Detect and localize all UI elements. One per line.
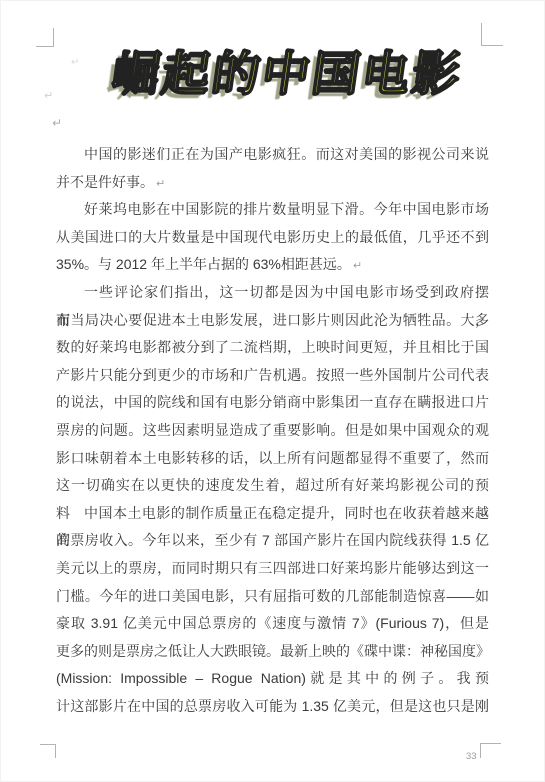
text-line-content: 产影片只能分到更少的市场和广告机遇。按照一些外国制片公司代表 [56, 367, 489, 383]
text-line[interactable]: 的票房收入。今年以来，至少有 7 部国产影片在国内院线获得 1.5 亿 [56, 527, 489, 555]
text-line-content: (Mission: Impossible – Rogue Nation)就是其中… [56, 670, 489, 686]
text-line[interactable]: 一些评论家们指出，这一切都是因为中国电影市场受到政府摆布， [56, 279, 489, 307]
text-line[interactable]: 美元以上的票房，而同时期只有三四部进口好莱坞影片能够达到这一 [56, 555, 489, 583]
text-line-content: 美元以上的票房，而同时期只有三四部进口好莱坞影片能够达到这一 [56, 560, 489, 576]
document-page: 崛起的中国电影 ↵↵↵ 中国的影迷们正在为国产电影疯狂。而这对美国的影视公司来说… [0, 0, 545, 782]
margin-crop-mark-bottom-left-horizontal [40, 744, 56, 745]
text-line[interactable]: (Mission: Impossible – Rogue Nation)就是其中… [56, 665, 489, 693]
margin-crop-mark-bottom-right-vertical [480, 743, 481, 758]
text-line-content: 计这部影片在中国的总票房收入可能为 1.35 亿美元，但是这也只是刚 [56, 698, 489, 714]
text-line-content: 而当局决心要促进本土电影发展，进口影片则因此沦为牺牲品。大多 [56, 312, 489, 328]
text-line[interactable]: 好莱坞电影在中国影院的排片数量明显下滑。今年中国电影市场 [56, 196, 489, 224]
title-wordart[interactable]: 崛起的中国电影 [0, 48, 545, 100]
text-line-content: 票房的问题。这些因素明显造成了重要影响。但是如果中国观众的观 [56, 422, 489, 438]
text-line-content: 的说法，中国的院线和国有电影分销商中影集团一直存在瞒报进口片 [56, 394, 489, 410]
text-line[interactable]: 而当局决心要促进本土电影发展，进口影片则因此沦为牺牲品。大多 [56, 307, 489, 335]
margin-crop-mark-top-left-vertical [53, 28, 54, 47]
text-line[interactable]: 影口味朝着本土电影转移的话，以上所有问题都显得不重要了，然而 [56, 445, 489, 473]
paragraph-return-icon: ↵ [52, 117, 62, 129]
text-line-content: 影口味朝着本土电影转移的话，以上所有问题都显得不重要了，然而 [56, 450, 489, 466]
margin-crop-mark-top-right-horizontal [481, 45, 503, 46]
paragraph-return-icon: ↵ [71, 58, 79, 68]
text-line-content: 并不是件好事。 [56, 174, 154, 190]
text-line-content: 从美国进口的大片数量是中国现代电影历史上的最低值，几乎还不到 [56, 229, 489, 245]
text-line[interactable]: 中国的影迷们正在为国产电影疯狂。而这对美国的影视公司来说 [56, 141, 489, 169]
text-line[interactable]: 数的好莱坞电影都被分到了二流档期，上映时间更短，并且相比于国 [56, 334, 489, 362]
text-line[interactable]: 票房的问题。这些因素明显造成了重要影响。但是如果中国观众的观 [56, 417, 489, 445]
text-line[interactable]: 并不是件好事。↵ [56, 169, 489, 197]
text-line[interactable]: 的说法，中国的院线和国有电影分销商中影集团一直存在瞒报进口片 [56, 389, 489, 417]
text-line-content: 中国的影迷们正在为国产电影疯狂。而这对美国的影视公司来说 [84, 146, 489, 162]
margin-crop-mark-top-left-horizontal [36, 46, 54, 47]
text-line-content: 豪取 3.91 亿美元中国总票房的《速度与激情 7》(Furious 7)，但是 [56, 615, 489, 631]
text-line-content: 的票房收入。今年以来，至少有 7 部国产影片在国内院线获得 1.5 亿 [56, 532, 489, 548]
paragraph-return-icon: ↵ [156, 177, 165, 190]
text-line-content: 门槛。今年的进口美国电影，只有屈指可数的几部能制造惊喜——如 [56, 588, 489, 604]
paragraph-return-icon: ↵ [44, 90, 53, 101]
margin-crop-mark-top-right-vertical [481, 23, 482, 46]
page-number: 33 [466, 751, 477, 762]
margin-crop-mark-bottom-right-horizontal [480, 743, 501, 744]
text-line[interactable]: 豪取 3.91 亿美元中国总票房的《速度与激情 7》(Furious 7)，但是 [56, 610, 489, 638]
body-text[interactable]: 中国的影迷们正在为国产电影疯狂。而这对美国的影视公司来说并不是件好事。↵好莱坞电… [56, 141, 489, 720]
paragraph-return-icon: ↵ [353, 259, 362, 272]
text-line[interactable]: 从美国进口的大片数量是中国现代电影历史上的最低值，几乎还不到 [56, 224, 489, 252]
text-line[interactable]: 中国本土电影的制作质量正在稳定提升，同时也在收获着越来越高 [56, 500, 489, 528]
text-line-content: 35%。与 2012 年上半年占据的 63%相距甚远。 [56, 256, 351, 272]
text-line[interactable]: 门槛。今年的进口美国电影，只有屈指可数的几部能制造惊喜——如 [56, 583, 489, 611]
text-line-content: 更多的则是票房之低让人大跌眼镜。最新上映的《碟中谍：神秘国度》 [56, 643, 490, 659]
margin-crop-mark-bottom-left-vertical [55, 744, 56, 758]
text-line-content: 好莱坞电影在中国影院的排片数量明显下滑。今年中国电影市场 [84, 201, 489, 217]
text-line[interactable]: 35%。与 2012 年上半年占据的 63%相距甚远。↵ [56, 251, 489, 279]
text-line[interactable]: 计这部影片在中国的总票房收入可能为 1.35 亿美元，但是这也只是刚 [56, 693, 489, 721]
text-line[interactable]: 更多的则是票房之低让人大跌眼镜。最新上映的《碟中谍：神秘国度》 [56, 638, 489, 666]
text-line-content: 数的好莱坞电影都被分到了二流档期，上映时间更短，并且相比于国 [56, 339, 489, 355]
text-line[interactable]: 产影片只能分到更少的市场和广告机遇。按照一些外国制片公司代表 [56, 362, 489, 390]
text-line[interactable]: 这一切确实在以更快的速度发生着，超过所有好莱坞影视公司的预料。↵ [56, 472, 489, 500]
